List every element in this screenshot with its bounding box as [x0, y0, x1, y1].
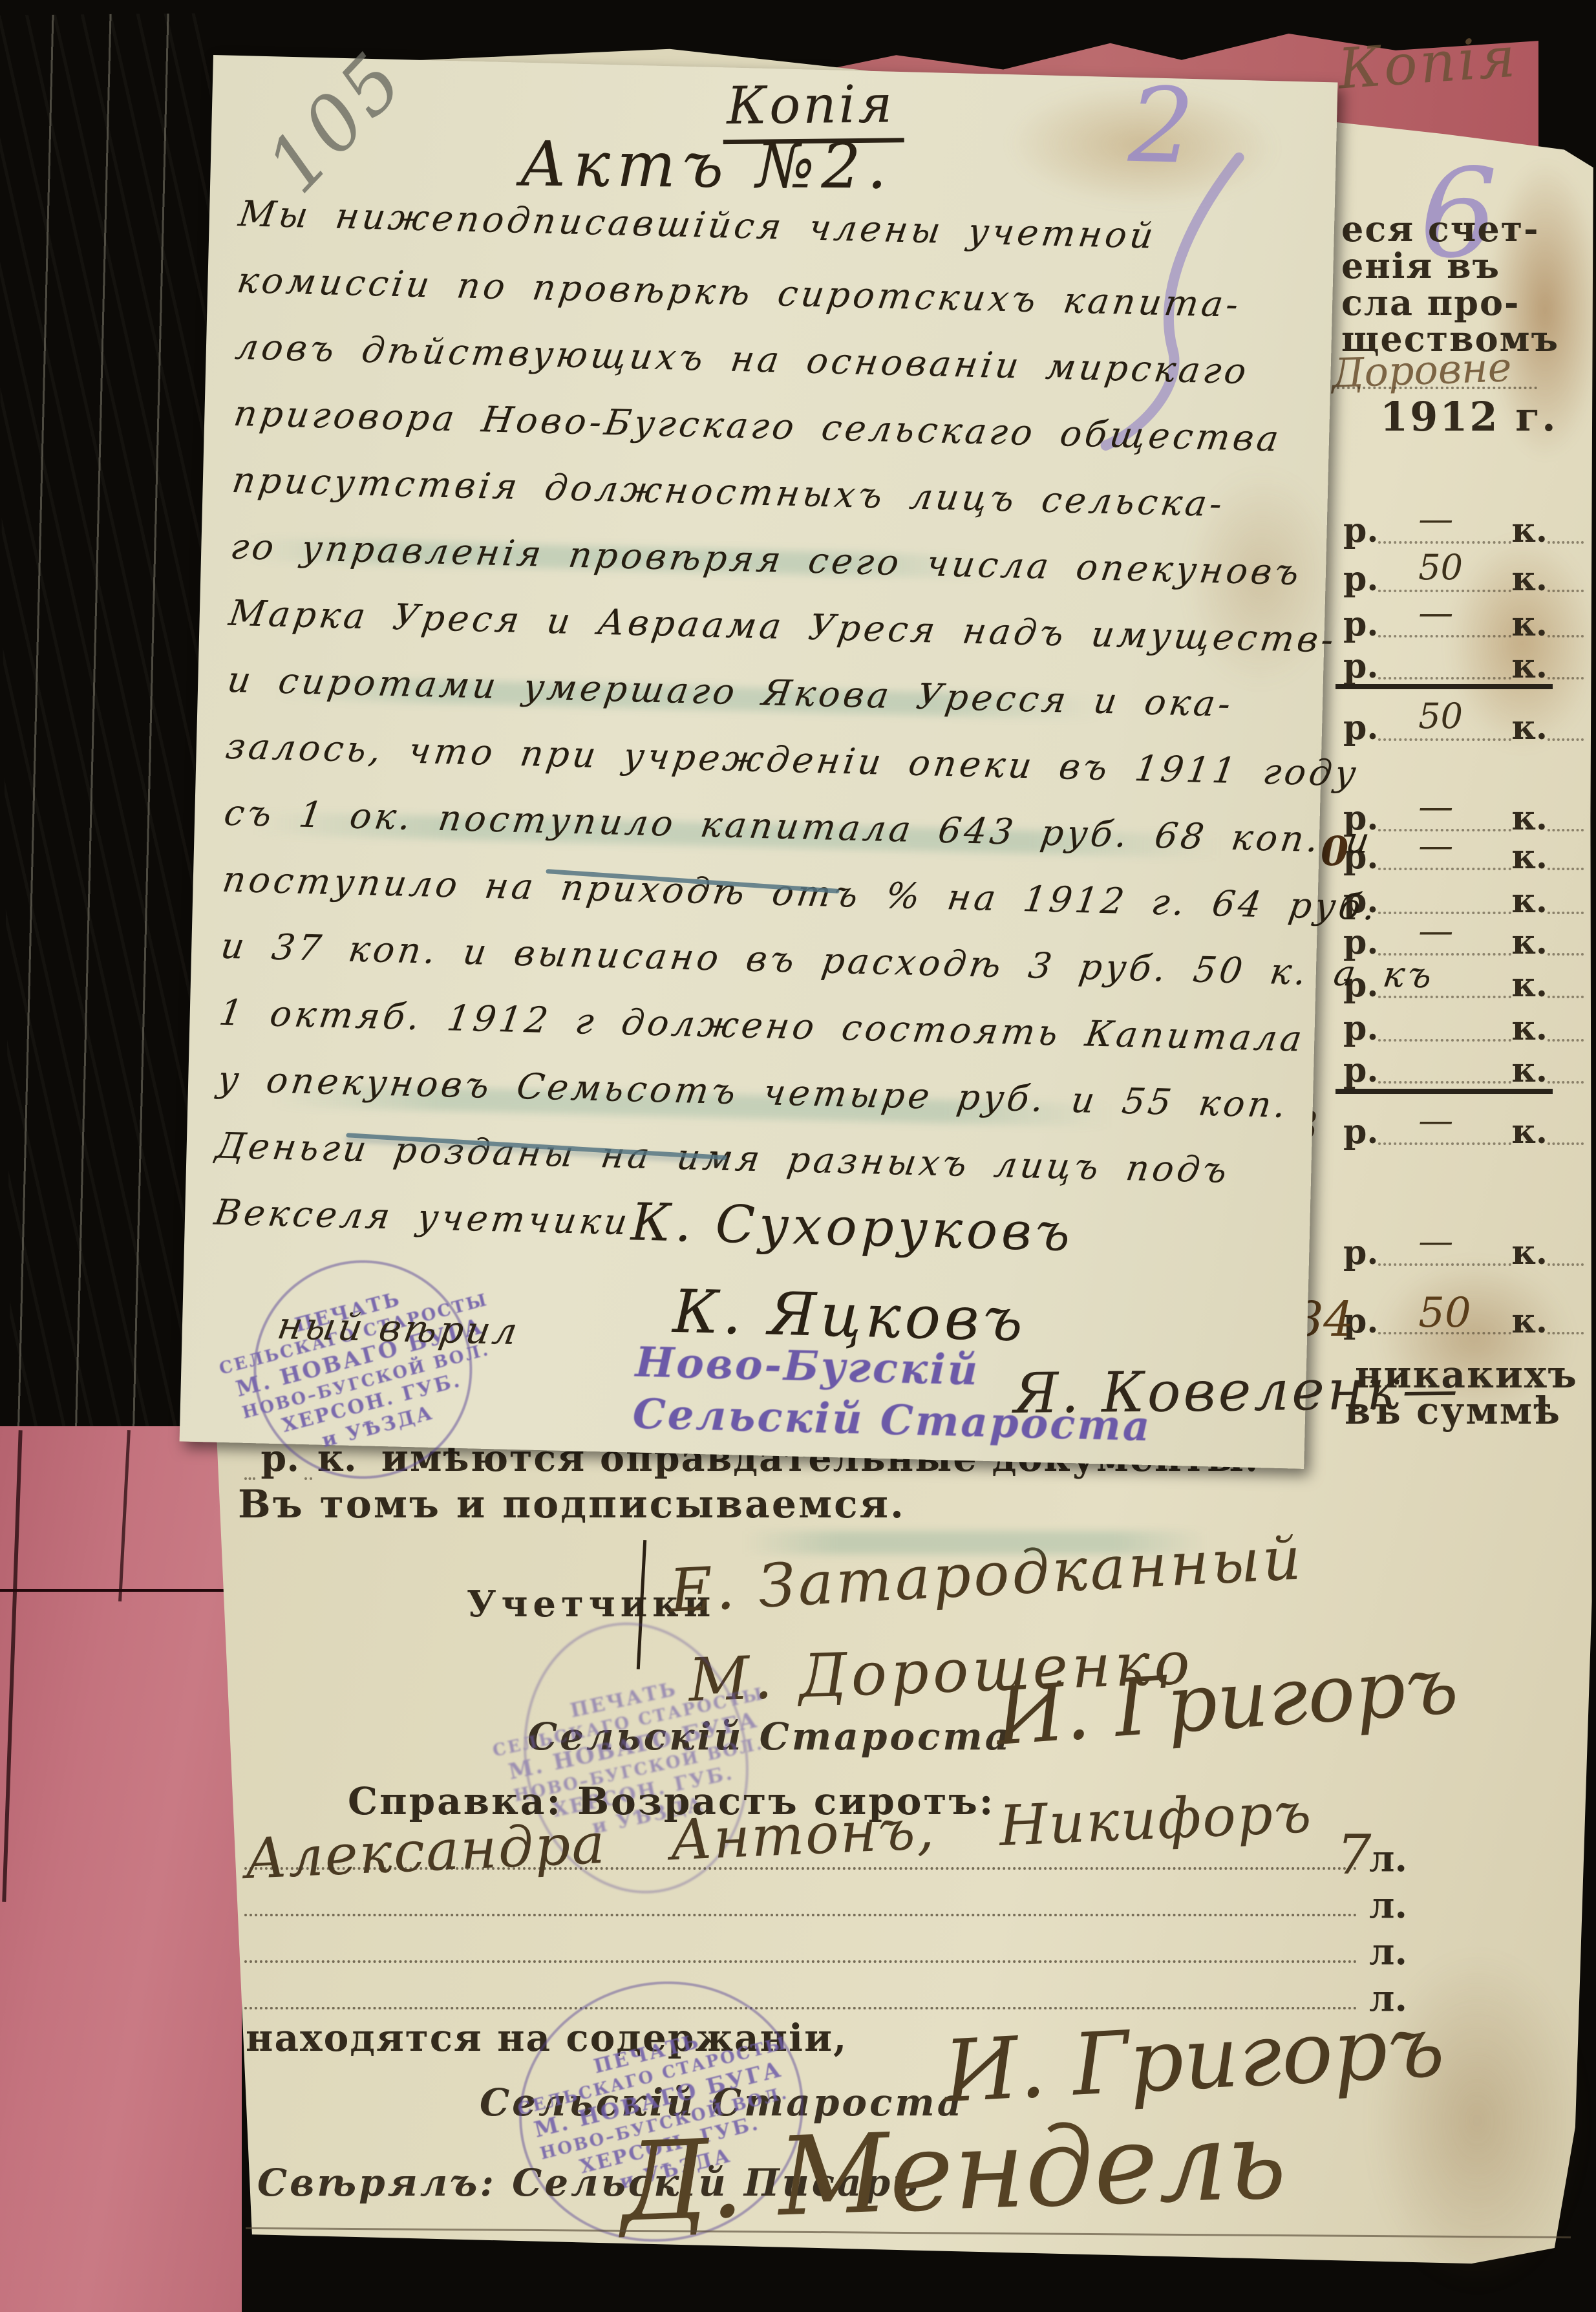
kopecks-label: к. [1511, 806, 1548, 831]
kopecks-label: к. [1511, 1240, 1548, 1266]
dotted-leader: 50 [1378, 712, 1511, 741]
dotted-leader [1548, 1117, 1584, 1145]
form-text-fragment: сла про- [1341, 282, 1520, 323]
handwritten-line: 1 октяб. 1912 г должено состоять Капитал… [217, 992, 1308, 1060]
elder-ink-stamp-line-1: Ново-Бугскій [635, 1338, 980, 1395]
kopecks-label: к. [1511, 518, 1548, 544]
money-row: р.к. [1343, 1054, 1584, 1084]
handwritten-kopecks-value: 50 [1418, 1289, 1471, 1337]
pasted-copy-sheet: 105 Копія 2 Актъ №2. Мы нижеподписавшійс… [180, 55, 1338, 1469]
handwritten-line: го управленія провѣряя сего числа опекун… [228, 526, 1305, 593]
dotted-leader [1548, 1055, 1584, 1084]
clerk-signature: Д. Мендель [619, 2096, 1288, 2246]
handwritten-line: съ 1 ок. поступило капитала 643 руб. 68 … [222, 792, 1376, 861]
money-row: р.—к. [1343, 926, 1584, 956]
handwritten-kopecks-value: — [1418, 825, 1453, 866]
dotted-leader [1548, 886, 1584, 914]
dotted-leader [244, 1449, 255, 1480]
money-row: р.к. [1343, 1012, 1584, 1042]
act-title: Актъ №2. [520, 128, 894, 203]
kopecks-label: к. [1511, 930, 1548, 956]
money-row: р.—к. [1343, 608, 1584, 637]
money-row: р.к. [1343, 650, 1584, 680]
dotted-leader [1378, 1013, 1511, 1042]
handwritten-line: присутствія должностныхъ лицъ сельска- [229, 459, 1228, 524]
subscribe-line: Въ томъ и подписываемся. [238, 1482, 906, 1527]
handwritten-kopecks-value: — [1418, 910, 1453, 951]
kopecks-label: к. [1511, 888, 1548, 914]
dotted-leader [1548, 842, 1584, 870]
dotted-leader [1548, 515, 1584, 544]
kopecks-label: к. [1511, 1016, 1548, 1042]
handwritten-kopecks-value: 50 [1418, 547, 1463, 588]
cover-rule-line [0, 1589, 242, 1592]
dotted-line [1337, 387, 1537, 389]
elder-signature: Я. Ковеленк— [1013, 1357, 1460, 1426]
handwritten-kopecks-value: — [1418, 498, 1453, 539]
form-text-fragment: еся счет- [1341, 208, 1540, 250]
money-row: 84р.50к. [1343, 1305, 1584, 1334]
years-label: л. [1369, 1837, 1407, 1880]
handwritten-kopecks-value: — [1418, 1100, 1453, 1140]
kopecks-label: к. [1511, 715, 1548, 741]
money-row: 3р.—к. [1343, 1115, 1584, 1145]
sum-rule [1335, 1089, 1553, 1094]
dotted-leader [1548, 927, 1584, 956]
age-dotted-line [244, 1881, 1357, 1916]
dotted-leader [1548, 564, 1584, 592]
dotted-leader [1548, 803, 1584, 831]
kopecks-label: к. [1511, 1119, 1548, 1145]
rubles-label: р. [1343, 612, 1378, 637]
kopecks-label: к. [1511, 1058, 1548, 1084]
dotted-leader: — [1378, 927, 1511, 956]
form-year-line: 1912 г. [1380, 393, 1558, 440]
dotted-leader [1378, 651, 1511, 680]
age-dotted-line [244, 1835, 1357, 1870]
handwritten-kopecks-value: — [1418, 592, 1453, 633]
handwritten-kopecks-value: — [1418, 786, 1453, 827]
kopecks-label: к. [1511, 972, 1548, 998]
witness-line-2-prefix: ный вѣрил [274, 1303, 523, 1353]
dotted-leader [1548, 609, 1584, 637]
age-dotted-line [244, 1928, 1357, 1963]
handwritten-line: Векселя учетчики [212, 1192, 633, 1243]
rubles-label: р. [1343, 518, 1378, 544]
money-row: 5р.—к. [1343, 514, 1584, 544]
sum-rule [1335, 684, 1553, 689]
dotted-leader: — [1378, 1117, 1511, 1145]
kopecks-label: к. [1511, 844, 1548, 870]
handwritten-kopecks-value: — [1418, 1221, 1453, 1261]
rubles-label: р. [1343, 930, 1378, 956]
dotted-leader [1378, 1055, 1511, 1084]
dotted-leader: — [1378, 609, 1511, 637]
dotted-leader: 50 [1378, 564, 1511, 592]
ink-showthrough [743, 1531, 1209, 1554]
age-dotted-line [244, 1975, 1357, 2009]
rubles-label: р. [1343, 654, 1378, 680]
copy-label-ghost: Копія [1336, 25, 1520, 102]
handwritten-kopecks-value: 50 [1418, 696, 1463, 736]
dotted-leader [1548, 1237, 1584, 1266]
money-row: 7р.50к. [1343, 711, 1584, 741]
pencil-page-number: 105 [249, 34, 421, 210]
money-row: 2р.50к. [1343, 562, 1584, 592]
handwritten-line: Марка Уреся и Авраама Уреся надъ имущест… [226, 592, 1339, 661]
dotted-leader: — [1378, 515, 1511, 544]
kopecks-label: к. [1511, 1309, 1548, 1334]
witness-signature-1: К. Сухоруковъ [630, 1192, 1074, 1263]
rubles-label: р. [1343, 1119, 1378, 1145]
dotted-leader [1548, 970, 1584, 998]
archival-document-scan: Форма № Копія 6 еся счет- енія въ сла пр… [0, 0, 1596, 2312]
rubles-label: р. [1343, 1058, 1378, 1084]
handwritten-line: и сиротами умершаго Якова Уресся и ока- [225, 659, 1237, 725]
dotted-leader [1548, 712, 1584, 741]
kopecks-label: к. [1511, 612, 1548, 637]
rubles-label: р. [1343, 566, 1378, 592]
handwritten-line: залось, что при учрежденіи опеки въ 1911… [223, 725, 1362, 795]
years-label: л. [1369, 1931, 1407, 1973]
rubles-label: р. [1343, 1240, 1378, 1266]
handwritten-line: поступило на приходѣ отъ % на 1912 г. 64… [220, 859, 1381, 928]
money-row: 50р.—к. [1343, 840, 1584, 870]
dotted-leader: 50 [1378, 1306, 1511, 1334]
handwritten-line: и 37 коп. и выписано въ расходѣ 3 руб. 5… [218, 925, 1438, 996]
dotted-leader [1548, 1013, 1584, 1042]
kopecks-label: к. [1511, 566, 1548, 592]
form-text-fragment: енія въ [1341, 245, 1500, 286]
dotted-leader: — [1378, 842, 1511, 870]
money-row: р.—к. [1343, 1236, 1584, 1266]
dotted-leader [1548, 1306, 1584, 1334]
dotted-leader: — [1378, 1237, 1511, 1266]
rubles-label: р. [1343, 715, 1378, 741]
years-label: л. [1369, 1884, 1407, 1927]
kopecks-label: к. [1511, 654, 1548, 680]
rubles-label: р. [1343, 1016, 1378, 1042]
money-row: р.—к. [1343, 802, 1584, 831]
dotted-leader [1548, 651, 1584, 680]
